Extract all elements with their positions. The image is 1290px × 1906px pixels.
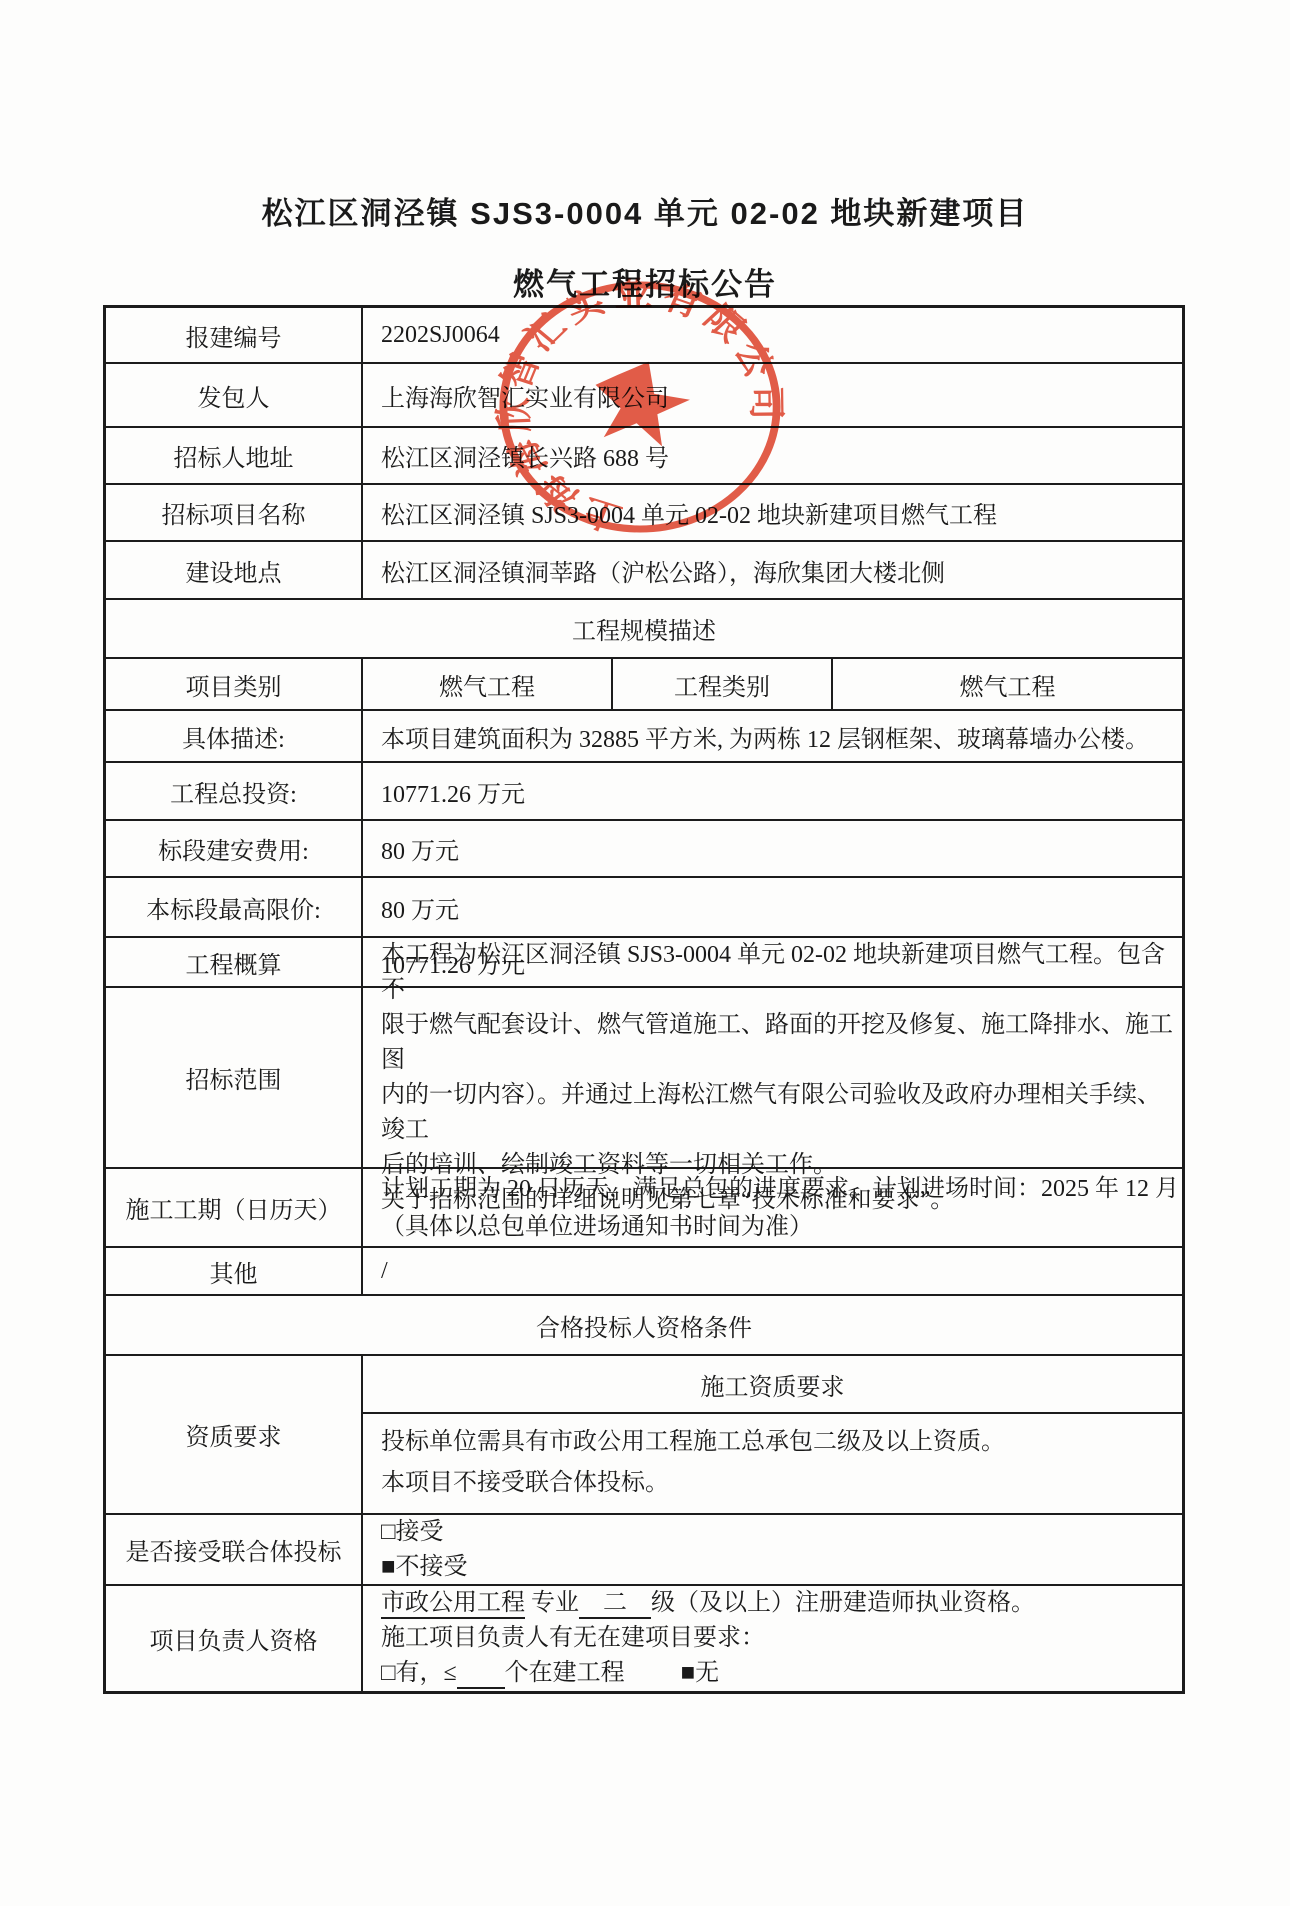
qualification-sub-header: 施工资质要求	[363, 1356, 1182, 1414]
scope-label: 招标范围	[106, 988, 363, 1167]
bidder-header-row: 合格投标人资格条件	[106, 1294, 1182, 1354]
manager-row: 项目负责人资格 市政公用工程 专业 二 级（及以上）注册建造师执业资格。 施工项…	[106, 1584, 1182, 1691]
manager-major-underlined: 市政公用工程	[381, 1590, 525, 1619]
scope-line: 限于燃气配套设计、燃气管道施工、路面的开挖及修复、施工降排水、施工图	[381, 1008, 1182, 1078]
qualification-line-2: 本项目不接受联合体投标。	[381, 1463, 1164, 1504]
employer-value: 上海海欣智汇实业有限公司	[363, 364, 1182, 426]
location-value: 松江区洞泾镇洞莘路（沪松公路），海欣集团大楼北侧	[363, 542, 1182, 598]
table-row: 报建编号 2202SJ0064	[106, 308, 1182, 362]
title-line-1: 松江区洞泾镇 SJS3-0004 单元 02-02 地块新建项目	[0, 178, 1290, 249]
scope-line: 内的一切内容）。并通过上海松江燃气有限公司验收及政府办理相关手续、竣工	[381, 1078, 1182, 1148]
project-name-label: 招标项目名称	[106, 485, 363, 540]
total-investment-label: 工程总投资:	[106, 763, 363, 819]
manager-line1-rest: 级（及以上）注册建造师执业资格。	[651, 1590, 1035, 1616]
qualification-value: 施工资质要求 投标单位需具有市政公用工程施工总承包二级及以上资质。 本项目不接受…	[363, 1356, 1182, 1513]
category-label-1: 项目类别	[106, 659, 363, 709]
employer-label: 发包人	[106, 364, 363, 426]
manager-grade-underlined: 二	[579, 1590, 651, 1619]
manager-count-blank-underlined	[457, 1660, 505, 1689]
table-row: 招标人地址 松江区洞泾镇长兴路 688 号	[106, 426, 1182, 483]
table-row: 本标段最高限价: 80 万元	[106, 876, 1182, 936]
table-row: 招标项目名称 松江区洞泾镇 SJS3-0004 单元 02-02 地块新建项目燃…	[106, 483, 1182, 540]
scale-section-header: 工程规模描述	[106, 600, 1182, 657]
section-cost-value: 80 万元	[363, 821, 1182, 876]
duration-line-2: （具体以总包单位进场通知书时间为准）	[381, 1208, 1182, 1246]
bidder-section-header: 合格投标人资格条件	[106, 1296, 1182, 1354]
category-label-2: 工程类别	[613, 659, 833, 709]
price-limit-label: 本标段最高限价:	[106, 878, 363, 936]
other-value: /	[363, 1248, 1182, 1294]
manager-line3-text: 个在建工程	[505, 1660, 625, 1686]
tender-table: 报建编号 2202SJ0064 发包人 上海海欣智汇实业有限公司 招标人地址 松…	[103, 305, 1185, 1694]
table-row: 标段建安费用: 80 万元	[106, 819, 1182, 876]
duration-row: 施工工期（日历天） 计划工期为 20 日历天，满足总包的进度要求。计划进场时间：…	[106, 1167, 1182, 1246]
table-row: 具体描述: 本项目建筑面积为 32885 平方米, 为两栋 12 层钢框架、玻璃…	[106, 709, 1182, 761]
manager-none-option: ■无	[681, 1660, 720, 1686]
manager-line-1: 市政公用工程 专业 二 级（及以上）注册建造师执业资格。	[381, 1586, 1182, 1621]
project-name-value: 松江区洞泾镇 SJS3-0004 单元 02-02 地块新建项目燃气工程	[363, 485, 1182, 540]
consortium-value: □接受 ■不接受	[363, 1515, 1182, 1584]
scope-line: 本工程为松江区洞泾镇 SJS3-0004 单元 02-02 地块新建项目燃气工程…	[381, 938, 1182, 1008]
category-value-2: 燃气工程	[833, 659, 1182, 709]
table-row: 发包人 上海海欣智汇实业有限公司	[106, 362, 1182, 426]
qualification-label: 资质要求	[106, 1356, 363, 1513]
price-limit-value: 80 万元	[363, 878, 1182, 936]
report-no-label: 报建编号	[106, 308, 363, 362]
duration-value: 计划工期为 20 日历天，满足总包的进度要求。计划进场时间：2025 年 12 …	[363, 1169, 1182, 1246]
duration-line-1: 计划工期为 20 日历天，满足总包的进度要求。计划进场时间：2025 年 12 …	[381, 1170, 1182, 1208]
scale-header-row: 工程规模描述	[106, 598, 1182, 657]
consortium-reject-option: ■不接受	[381, 1550, 1182, 1585]
qualification-line-1: 投标单位需具有市政公用工程施工总承包二级及以上资质。	[381, 1422, 1164, 1463]
category-value-1: 燃气工程	[363, 659, 613, 709]
manager-line-2: 施工项目负责人有无在建项目要求：	[381, 1621, 1182, 1656]
tenderer-address-value: 松江区洞泾镇长兴路 688 号	[363, 428, 1182, 483]
manager-has-projects-option: □有，≤	[381, 1660, 457, 1686]
manager-line-3: □有，≤ 个在建工程■无	[381, 1656, 1182, 1691]
description-label: 具体描述:	[106, 711, 363, 761]
estimate-label: 工程概算	[106, 938, 363, 986]
report-no-value: 2202SJ0064	[363, 308, 1182, 362]
scope-value: 本工程为松江区洞泾镇 SJS3-0004 单元 02-02 地块新建项目燃气工程…	[363, 988, 1182, 1167]
duration-label: 施工工期（日历天）	[106, 1169, 363, 1246]
description-value: 本项目建筑面积为 32885 平方米, 为两栋 12 层钢框架、玻璃幕墙办公楼。	[363, 711, 1182, 761]
section-cost-label: 标段建安费用:	[106, 821, 363, 876]
qualification-row: 资质要求 施工资质要求 投标单位需具有市政公用工程施工总承包二级及以上资质。 本…	[106, 1354, 1182, 1513]
location-label: 建设地点	[106, 542, 363, 598]
manager-value: 市政公用工程 专业 二 级（及以上）注册建造师执业资格。 施工项目负责人有无在建…	[363, 1586, 1182, 1691]
category-row: 项目类别 燃气工程 工程类别 燃气工程	[106, 657, 1182, 709]
table-row: 工程总投资: 10771.26 万元	[106, 761, 1182, 819]
qualification-lines: 投标单位需具有市政公用工程施工总承包二级及以上资质。 本项目不接受联合体投标。	[363, 1414, 1182, 1510]
manager-line1-text: 专业	[525, 1590, 579, 1616]
consortium-accept-option: □接受	[381, 1515, 1182, 1550]
consortium-label: 是否接受联合体投标	[106, 1515, 363, 1584]
manager-label: 项目负责人资格	[106, 1586, 363, 1691]
total-investment-value: 10771.26 万元	[363, 763, 1182, 819]
document-title: 松江区洞泾镇 SJS3-0004 单元 02-02 地块新建项目 燃气工程招标公…	[0, 178, 1290, 320]
document-page: 松江区洞泾镇 SJS3-0004 单元 02-02 地块新建项目 燃气工程招标公…	[0, 0, 1290, 1906]
scope-row: 招标范围 本工程为松江区洞泾镇 SJS3-0004 单元 02-02 地块新建项…	[106, 986, 1182, 1167]
table-row: 其他 /	[106, 1246, 1182, 1294]
consortium-row: 是否接受联合体投标 □接受 ■不接受	[106, 1513, 1182, 1584]
tenderer-address-label: 招标人地址	[106, 428, 363, 483]
other-label: 其他	[106, 1248, 363, 1294]
table-row: 建设地点 松江区洞泾镇洞莘路（沪松公路），海欣集团大楼北侧	[106, 540, 1182, 598]
